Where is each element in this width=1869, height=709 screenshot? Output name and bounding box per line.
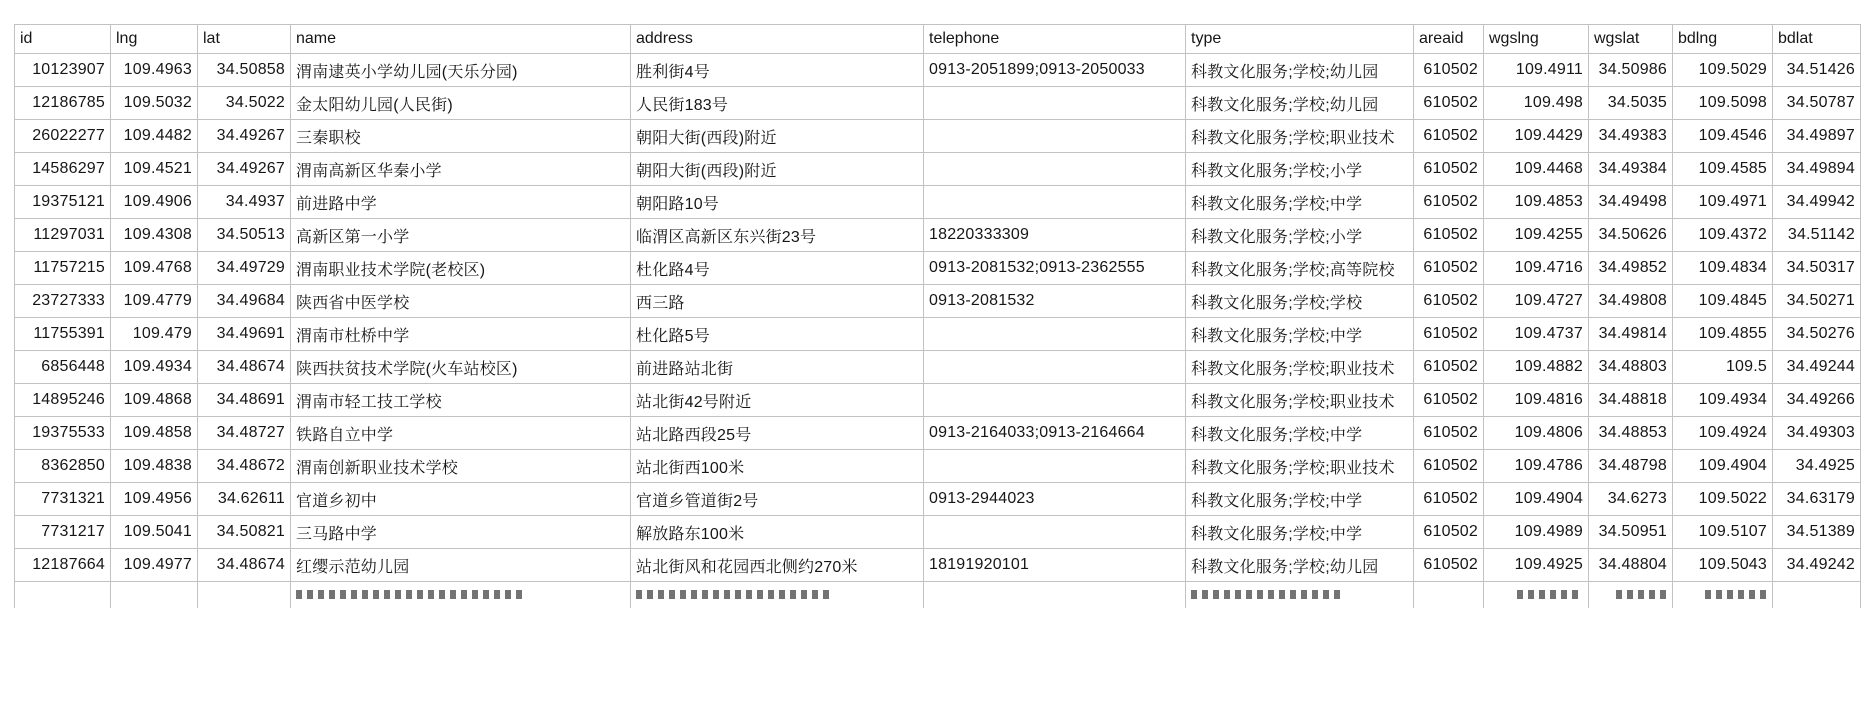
table-row: 14895246109.486834.48691渭南市轻工技工学校站北街42号附…: [15, 384, 1861, 417]
cell-areaid[interactable]: 610502: [1414, 384, 1484, 417]
cell-type[interactable]: 科教文化服务;学校;幼儿园: [1186, 87, 1414, 120]
cell-id[interactable]: 14586297: [15, 153, 111, 186]
clipped-text-marks: [636, 590, 833, 599]
cell-type[interactable]: 科教文化服务;学校;小学: [1186, 219, 1414, 252]
cell-type[interactable]: 科教文化服务;学校;中学: [1186, 318, 1414, 351]
cell-lng[interactable]: 109.4482: [111, 120, 198, 153]
cell-wgslng-partial[interactable]: [1484, 582, 1589, 609]
table-row: 14586297109.452134.49267渭南高新区华秦小学朝阳大街(西段…: [15, 153, 1861, 186]
cell-lat[interactable]: 34.50513: [198, 219, 291, 252]
cell-wgslng[interactable]: 109.498: [1484, 87, 1589, 120]
cell-address[interactable]: 朝阳大街(西段)附近: [631, 153, 924, 186]
header-row: idlnglatnameaddresstelephonetypeareaidwg…: [15, 25, 1861, 54]
cell-bdlat[interactable]: 34.51389: [1773, 516, 1861, 549]
cell-bdlng[interactable]: 109.5029: [1673, 54, 1773, 87]
cell-telephone-partial[interactable]: [924, 582, 1186, 609]
cell-id[interactable]: 10123907: [15, 54, 111, 87]
cell-telephone[interactable]: [924, 318, 1186, 351]
cell-wgslng[interactable]: 109.4882: [1484, 351, 1589, 384]
clipped-text-marks: [1705, 590, 1767, 599]
cell-telephone[interactable]: [924, 450, 1186, 483]
column-header-address[interactable]: address: [631, 25, 924, 54]
cell-wgslat[interactable]: 34.49383: [1589, 120, 1673, 153]
table-row: 6856448109.493434.48674陕西扶贫技术学院(火车站校区)前进…: [15, 351, 1861, 384]
cell-bdlng[interactable]: 109.5022: [1673, 483, 1773, 516]
cell-telephone[interactable]: [924, 384, 1186, 417]
cell-telephone[interactable]: [924, 351, 1186, 384]
cell-lng[interactable]: 109.4521: [111, 153, 198, 186]
cell-name[interactable]: 渭南高新区华秦小学: [291, 153, 631, 186]
cell-bdlng[interactable]: 109.5043: [1673, 549, 1773, 582]
cell-lng[interactable]: 109.5041: [111, 516, 198, 549]
cell-wgslng[interactable]: 109.4989: [1484, 516, 1589, 549]
cell-wgslat[interactable]: 34.49384: [1589, 153, 1673, 186]
cell-address[interactable]: 胜利街4号: [631, 54, 924, 87]
cell-id[interactable]: 26022277: [15, 120, 111, 153]
cell-id[interactable]: 11757215: [15, 252, 111, 285]
cell-areaid[interactable]: 610502: [1414, 351, 1484, 384]
column-header-type[interactable]: type: [1186, 25, 1414, 54]
cell-lng[interactable]: 109.4858: [111, 417, 198, 450]
cell-id[interactable]: 8362850: [15, 450, 111, 483]
cell-address[interactable]: 朝阳路10号: [631, 186, 924, 219]
cell-bdlat[interactable]: 34.63179: [1773, 483, 1861, 516]
cell-lat[interactable]: 34.49729: [198, 252, 291, 285]
cell-name[interactable]: 高新区第一小学: [291, 219, 631, 252]
cell-bdlng-partial[interactable]: [1673, 582, 1773, 609]
cell-wgslng[interactable]: 109.4806: [1484, 417, 1589, 450]
column-header-id[interactable]: id: [15, 25, 111, 54]
cell-type[interactable]: 科教文化服务;学校;小学: [1186, 153, 1414, 186]
cell-type[interactable]: 科教文化服务;学校;职业技术: [1186, 351, 1414, 384]
cell-bdlng[interactable]: 109.4585: [1673, 153, 1773, 186]
cell-wgslng[interactable]: 109.4429: [1484, 120, 1589, 153]
cell-address[interactable]: 杜化路5号: [631, 318, 924, 351]
cell-areaid[interactable]: 610502: [1414, 516, 1484, 549]
cell-wgslat[interactable]: 34.49498: [1589, 186, 1673, 219]
cell-wgslat[interactable]: 34.48804: [1589, 549, 1673, 582]
cell-name[interactable]: 渭南市轻工技工学校: [291, 384, 631, 417]
cell-bdlat[interactable]: 34.49942: [1773, 186, 1861, 219]
cell-type[interactable]: 科教文化服务;学校;学校: [1186, 285, 1414, 318]
cell-areaid[interactable]: 610502: [1414, 417, 1484, 450]
cell-wgslat[interactable]: 34.49814: [1589, 318, 1673, 351]
cell-telephone[interactable]: 0913-2081532;0913-2362555: [924, 252, 1186, 285]
cell-bdlng[interactable]: 109.4971: [1673, 186, 1773, 219]
cell-address[interactable]: 西三路: [631, 285, 924, 318]
table-row: 11297031109.430834.50513高新区第一小学临渭区高新区东兴街…: [15, 219, 1861, 252]
cell-wgslat[interactable]: 34.5035: [1589, 87, 1673, 120]
cell-wgslat[interactable]: 34.50951: [1589, 516, 1673, 549]
cell-areaid[interactable]: 610502: [1414, 153, 1484, 186]
cell-id[interactable]: 7731321: [15, 483, 111, 516]
clipped-text-marks: [1191, 590, 1343, 599]
cell-telephone[interactable]: 0913-2081532: [924, 285, 1186, 318]
cell-bdlng[interactable]: 109.4904: [1673, 450, 1773, 483]
column-header-name[interactable]: name: [291, 25, 631, 54]
data-table: idlnglatnameaddresstelephonetypeareaidwg…: [14, 24, 1861, 608]
cell-lat[interactable]: 34.48672: [198, 450, 291, 483]
cell-wgslng[interactable]: 109.4716: [1484, 252, 1589, 285]
cell-id[interactable]: 14895246: [15, 384, 111, 417]
cell-type[interactable]: 科教文化服务;学校;幼儿园: [1186, 54, 1414, 87]
cell-wgslng[interactable]: 109.4737: [1484, 318, 1589, 351]
cell-lat[interactable]: 34.49267: [198, 153, 291, 186]
cell-lng[interactable]: 109.4308: [111, 219, 198, 252]
table-row: 11755391109.47934.49691渭南市杜桥中学杜化路5号科教文化服…: [15, 318, 1861, 351]
cell-bdlng[interactable]: 109.5: [1673, 351, 1773, 384]
cell-areaid[interactable]: 610502: [1414, 450, 1484, 483]
cell-address[interactable]: 杜化路4号: [631, 252, 924, 285]
cell-address[interactable]: 临渭区高新区东兴街23号: [631, 219, 924, 252]
cell-name[interactable]: 渭南逮英小学幼儿园(天乐分园): [291, 54, 631, 87]
table-body: 10123907109.496334.50858渭南逮英小学幼儿园(天乐分园)胜…: [15, 54, 1861, 609]
cell-id-partial[interactable]: [15, 582, 111, 609]
spreadsheet-viewport: idlnglatnameaddresstelephonetypeareaidwg…: [14, 24, 1862, 608]
cell-name[interactable]: 铁路自立中学: [291, 417, 631, 450]
table-row: 23727333109.477934.49684陕西省中医学校西三路0913-2…: [15, 285, 1861, 318]
cell-bdlat[interactable]: 34.51426: [1773, 54, 1861, 87]
cell-wgslng[interactable]: 109.4925: [1484, 549, 1589, 582]
cell-bdlng[interactable]: 109.4924: [1673, 417, 1773, 450]
cell-wgslat[interactable]: 34.50626: [1589, 219, 1673, 252]
cell-id[interactable]: 19375121: [15, 186, 111, 219]
cell-id[interactable]: 12187664: [15, 549, 111, 582]
table-row: 12187664109.497734.48674红缨示范幼儿园站北街风和花园西北…: [15, 549, 1861, 582]
cell-bdlng[interactable]: 109.4934: [1673, 384, 1773, 417]
cell-name[interactable]: 渭南市杜桥中学: [291, 318, 631, 351]
cell-address[interactable]: 前进路站北街: [631, 351, 924, 384]
cell-type[interactable]: 科教文化服务;学校;中学: [1186, 516, 1414, 549]
cell-areaid[interactable]: 610502: [1414, 483, 1484, 516]
cell-bdlat[interactable]: 34.49242: [1773, 549, 1861, 582]
column-header-telephone[interactable]: telephone: [924, 25, 1186, 54]
table-row: 8362850109.483834.48672渭南创新职业技术学校站北街西100…: [15, 450, 1861, 483]
cell-wgslng[interactable]: 109.4816: [1484, 384, 1589, 417]
cell-bdlat[interactable]: 34.49894: [1773, 153, 1861, 186]
cell-wgslat[interactable]: 34.6273: [1589, 483, 1673, 516]
cell-name[interactable]: 前进路中学: [291, 186, 631, 219]
cell-lng[interactable]: 109.4977: [111, 549, 198, 582]
cell-areaid[interactable]: 610502: [1414, 318, 1484, 351]
cell-id[interactable]: 23727333: [15, 285, 111, 318]
cell-wgslng[interactable]: 109.4255: [1484, 219, 1589, 252]
cell-lat[interactable]: 34.49684: [198, 285, 291, 318]
table-row: 7731321109.495634.62611官道乡初中官道乡管道街2号0913…: [15, 483, 1861, 516]
clipped-text-marks: [1517, 590, 1583, 599]
cell-wgslat-partial[interactable]: [1589, 582, 1673, 609]
cell-wgslng[interactable]: 109.4468: [1484, 153, 1589, 186]
cell-wgslng[interactable]: 109.4904: [1484, 483, 1589, 516]
cell-bdlng[interactable]: 109.4546: [1673, 120, 1773, 153]
cell-wgslng[interactable]: 109.4853: [1484, 186, 1589, 219]
cell-telephone[interactable]: [924, 120, 1186, 153]
cell-lat[interactable]: 34.48674: [198, 549, 291, 582]
cell-address[interactable]: 解放路东100米: [631, 516, 924, 549]
cell-lat[interactable]: 34.50821: [198, 516, 291, 549]
cell-wgslat[interactable]: 34.49808: [1589, 285, 1673, 318]
cell-lat-partial[interactable]: [198, 582, 291, 609]
cell-areaid[interactable]: 610502: [1414, 87, 1484, 120]
cell-name[interactable]: 渭南职业技术学院(老校区): [291, 252, 631, 285]
cell-lat[interactable]: 34.62611: [198, 483, 291, 516]
cell-areaid-partial[interactable]: [1414, 582, 1484, 609]
cell-type[interactable]: 科教文化服务;学校;高等院校: [1186, 252, 1414, 285]
cell-wgslat[interactable]: 34.48798: [1589, 450, 1673, 483]
cell-telephone[interactable]: [924, 186, 1186, 219]
cell-lat[interactable]: 34.48727: [198, 417, 291, 450]
cell-telephone[interactable]: 0913-2051899;0913-2050033: [924, 54, 1186, 87]
cell-type[interactable]: 科教文化服务;学校;职业技术: [1186, 450, 1414, 483]
cell-areaid[interactable]: 610502: [1414, 54, 1484, 87]
cell-telephone[interactable]: 18220333309: [924, 219, 1186, 252]
cell-areaid[interactable]: 610502: [1414, 549, 1484, 582]
table-header: idlnglatnameaddresstelephonetypeareaidwg…: [15, 25, 1861, 54]
cell-id[interactable]: 11297031: [15, 219, 111, 252]
cell-name-partial[interactable]: [291, 582, 631, 609]
cell-address[interactable]: 站北街风和花园西北侧约270米: [631, 549, 924, 582]
cell-areaid[interactable]: 610502: [1414, 186, 1484, 219]
cell-name[interactable]: 陕西省中医学校: [291, 285, 631, 318]
cell-address[interactable]: 人民街183号: [631, 87, 924, 120]
cell-type[interactable]: 科教文化服务;学校;中学: [1186, 483, 1414, 516]
cell-bdlng[interactable]: 109.4834: [1673, 252, 1773, 285]
cell-id[interactable]: 12186785: [15, 87, 111, 120]
cell-telephone[interactable]: 18191920101: [924, 549, 1186, 582]
cell-bdlat[interactable]: 34.50787: [1773, 87, 1861, 120]
clipped-text-marks: [1616, 590, 1667, 599]
cell-bdlat[interactable]: 34.50271: [1773, 285, 1861, 318]
table-row: 26022277109.448234.49267三秦职校朝阳大街(西段)附近科教…: [15, 120, 1861, 153]
cell-id[interactable]: 19375533: [15, 417, 111, 450]
cell-wgslng[interactable]: 109.4911: [1484, 54, 1589, 87]
cell-telephone[interactable]: [924, 516, 1186, 549]
cell-address[interactable]: 站北街42号附近: [631, 384, 924, 417]
cell-address[interactable]: 站北街西100米: [631, 450, 924, 483]
table-row: 10123907109.496334.50858渭南逮英小学幼儿园(天乐分园)胜…: [15, 54, 1861, 87]
cell-lng[interactable]: 109.5032: [111, 87, 198, 120]
cell-type[interactable]: 科教文化服务;学校;中学: [1186, 186, 1414, 219]
cell-bdlat[interactable]: 34.49897: [1773, 120, 1861, 153]
cell-address-partial[interactable]: [631, 582, 924, 609]
cell-wgslat[interactable]: 34.48818: [1589, 384, 1673, 417]
cell-name[interactable]: 三马路中学: [291, 516, 631, 549]
table-row: 19375121109.490634.4937前进路中学朝阳路10号科教文化服务…: [15, 186, 1861, 219]
cell-name[interactable]: 渭南创新职业技术学校: [291, 450, 631, 483]
cell-lat[interactable]: 34.48691: [198, 384, 291, 417]
cell-lat[interactable]: 34.49267: [198, 120, 291, 153]
cell-name[interactable]: 陕西扶贫技术学院(火车站校区): [291, 351, 631, 384]
cell-wgslat[interactable]: 34.49852: [1589, 252, 1673, 285]
cell-areaid[interactable]: 610502: [1414, 252, 1484, 285]
cell-telephone[interactable]: 0913-2944023: [924, 483, 1186, 516]
cell-type[interactable]: 科教文化服务;学校;职业技术: [1186, 384, 1414, 417]
cell-bdlng[interactable]: 109.4845: [1673, 285, 1773, 318]
cell-name[interactable]: 红缨示范幼儿园: [291, 549, 631, 582]
cell-bdlat[interactable]: 34.50276: [1773, 318, 1861, 351]
cell-id[interactable]: 11755391: [15, 318, 111, 351]
cell-lat[interactable]: 34.50858: [198, 54, 291, 87]
cell-bdlng[interactable]: 109.5098: [1673, 87, 1773, 120]
cell-bdlng[interactable]: 109.4372: [1673, 219, 1773, 252]
cell-bdlat[interactable]: 34.49244: [1773, 351, 1861, 384]
cell-wgslng[interactable]: 109.4727: [1484, 285, 1589, 318]
cell-name[interactable]: 官道乡初中: [291, 483, 631, 516]
cell-bdlat[interactable]: 34.49303: [1773, 417, 1861, 450]
cell-telephone[interactable]: [924, 153, 1186, 186]
cell-id[interactable]: 7731217: [15, 516, 111, 549]
cell-type[interactable]: 科教文化服务;学校;职业技术: [1186, 120, 1414, 153]
cell-lng[interactable]: 109.4934: [111, 351, 198, 384]
cell-name[interactable]: 金太阳幼儿园(人民街): [291, 87, 631, 120]
column-header-lng[interactable]: lng: [111, 25, 198, 54]
cell-bdlat[interactable]: 34.4925: [1773, 450, 1861, 483]
cell-lat[interactable]: 34.49691: [198, 318, 291, 351]
cell-lat[interactable]: 34.5022: [198, 87, 291, 120]
cell-address[interactable]: 官道乡管道街2号: [631, 483, 924, 516]
cell-lng[interactable]: 109.479: [111, 318, 198, 351]
cell-bdlng[interactable]: 109.4855: [1673, 318, 1773, 351]
cell-wgslat[interactable]: 34.48803: [1589, 351, 1673, 384]
cell-wgslng[interactable]: 109.4786: [1484, 450, 1589, 483]
cell-wgslat[interactable]: 34.50986: [1589, 54, 1673, 87]
cell-address[interactable]: 站北路西段25号: [631, 417, 924, 450]
cell-lng-partial[interactable]: [111, 582, 198, 609]
cell-areaid[interactable]: 610502: [1414, 285, 1484, 318]
cell-lng[interactable]: 109.4779: [111, 285, 198, 318]
cell-areaid[interactable]: 610502: [1414, 219, 1484, 252]
cell-bdlat[interactable]: 34.49266: [1773, 384, 1861, 417]
cell-lng[interactable]: 109.4906: [111, 186, 198, 219]
table-row: 19375533109.485834.48727铁路自立中学站北路西段25号09…: [15, 417, 1861, 450]
cell-bdlat[interactable]: 34.50317: [1773, 252, 1861, 285]
table-row: 11757215109.476834.49729渭南职业技术学院(老校区)杜化路…: [15, 252, 1861, 285]
clipped-text-marks: [296, 590, 526, 599]
table-row: 7731217109.504134.50821三马路中学解放路东100米科教文化…: [15, 516, 1861, 549]
column-header-bdlat[interactable]: bdlat: [1773, 25, 1861, 54]
column-header-wgslng[interactable]: wgslng: [1484, 25, 1589, 54]
table-row: 12186785109.503234.5022金太阳幼儿园(人民街)人民街183…: [15, 87, 1861, 120]
cell-name[interactable]: 三秦职校: [291, 120, 631, 153]
cell-lng[interactable]: 109.4956: [111, 483, 198, 516]
cell-lng[interactable]: 109.4768: [111, 252, 198, 285]
table-row-partial: [15, 582, 1861, 609]
column-header-areaid[interactable]: areaid: [1414, 25, 1484, 54]
cell-lng[interactable]: 109.4868: [111, 384, 198, 417]
cell-telephone[interactable]: 0913-2164033;0913-2164664: [924, 417, 1186, 450]
column-header-bdlng[interactable]: bdlng: [1673, 25, 1773, 54]
cell-areaid[interactable]: 610502: [1414, 120, 1484, 153]
cell-address[interactable]: 朝阳大街(西段)附近: [631, 120, 924, 153]
column-header-lat[interactable]: lat: [198, 25, 291, 54]
column-header-wgslat[interactable]: wgslat: [1589, 25, 1673, 54]
cell-bdlat-partial[interactable]: [1773, 582, 1861, 609]
cell-bdlng[interactable]: 109.5107: [1673, 516, 1773, 549]
cell-lat[interactable]: 34.48674: [198, 351, 291, 384]
cell-id[interactable]: 6856448: [15, 351, 111, 384]
cell-bdlat[interactable]: 34.51142: [1773, 219, 1861, 252]
cell-lng[interactable]: 109.4838: [111, 450, 198, 483]
cell-type-partial[interactable]: [1186, 582, 1414, 609]
cell-type[interactable]: 科教文化服务;学校;幼儿园: [1186, 549, 1414, 582]
cell-telephone[interactable]: [924, 87, 1186, 120]
cell-wgslat[interactable]: 34.48853: [1589, 417, 1673, 450]
cell-type[interactable]: 科教文化服务;学校;中学: [1186, 417, 1414, 450]
cell-lng[interactable]: 109.4963: [111, 54, 198, 87]
cell-lat[interactable]: 34.4937: [198, 186, 291, 219]
